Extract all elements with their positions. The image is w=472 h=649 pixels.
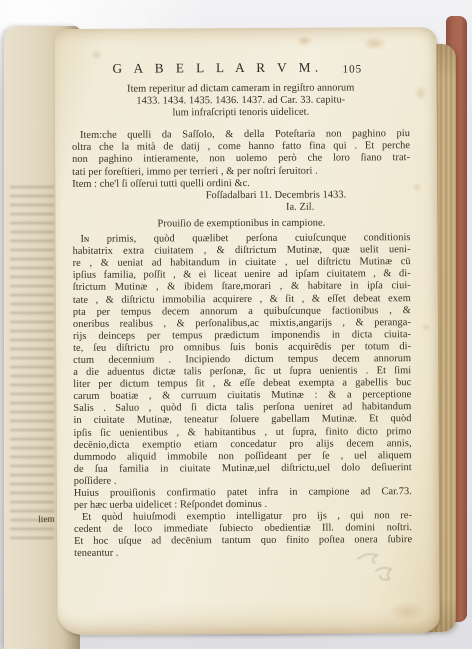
text-line: non paghino intieramente, non uolemo per… bbox=[72, 153, 410, 167]
book-page: G A B E L L A R V M. 105 Item reperitur … bbox=[54, 27, 439, 635]
confirmation-paragraph: Huius prouiſionis confirmatio patet infr… bbox=[74, 486, 412, 512]
facing-page-catchword: Item bbox=[38, 514, 55, 525]
text-line: Ia. Zil. bbox=[72, 201, 410, 215]
item-paragraph: Item:che quelli da Saſſolo, & della Pote… bbox=[72, 128, 410, 190]
text-line: Huius prouiſionis confirmatio patet infr… bbox=[74, 486, 412, 500]
facing-page-text-blur bbox=[10, 186, 54, 546]
header-title: G A B E L L A R V M. bbox=[72, 61, 364, 75]
running-header: G A B E L L A R V M. 105 bbox=[72, 61, 410, 79]
date-and-signature: Foſſadalbari 11. Decembris 1433.Ia. Zil. bbox=[72, 189, 410, 215]
folio-number: 105 bbox=[343, 63, 363, 75]
registry-note: Item reperitur ad dictam cameram in regi… bbox=[72, 82, 410, 120]
text-line: lum infraſcripti tenoris uidelicet. bbox=[72, 106, 410, 120]
text-line: Prouiſio de exemptionibus in campione. bbox=[72, 217, 410, 231]
text-line: ſtrictum Mutinæ , & ibidem ſtare,morari … bbox=[73, 281, 411, 295]
provision-paragraph: Iɴ primis, quòd quælibet perſona cuiuſcu… bbox=[72, 232, 411, 488]
text-line: de ſua familia in ciuitate Mutinæ,uel di… bbox=[74, 462, 412, 476]
pencil-inscription bbox=[349, 545, 409, 593]
text-line: in ciuitate Mutinæ, teneatur ſoluere gab… bbox=[73, 414, 411, 428]
provision-heading: Prouiſio de exemptionibus in campione. bbox=[72, 217, 410, 231]
text-column: G A B E L L A R V M. 105 Item reperitur … bbox=[72, 61, 413, 560]
